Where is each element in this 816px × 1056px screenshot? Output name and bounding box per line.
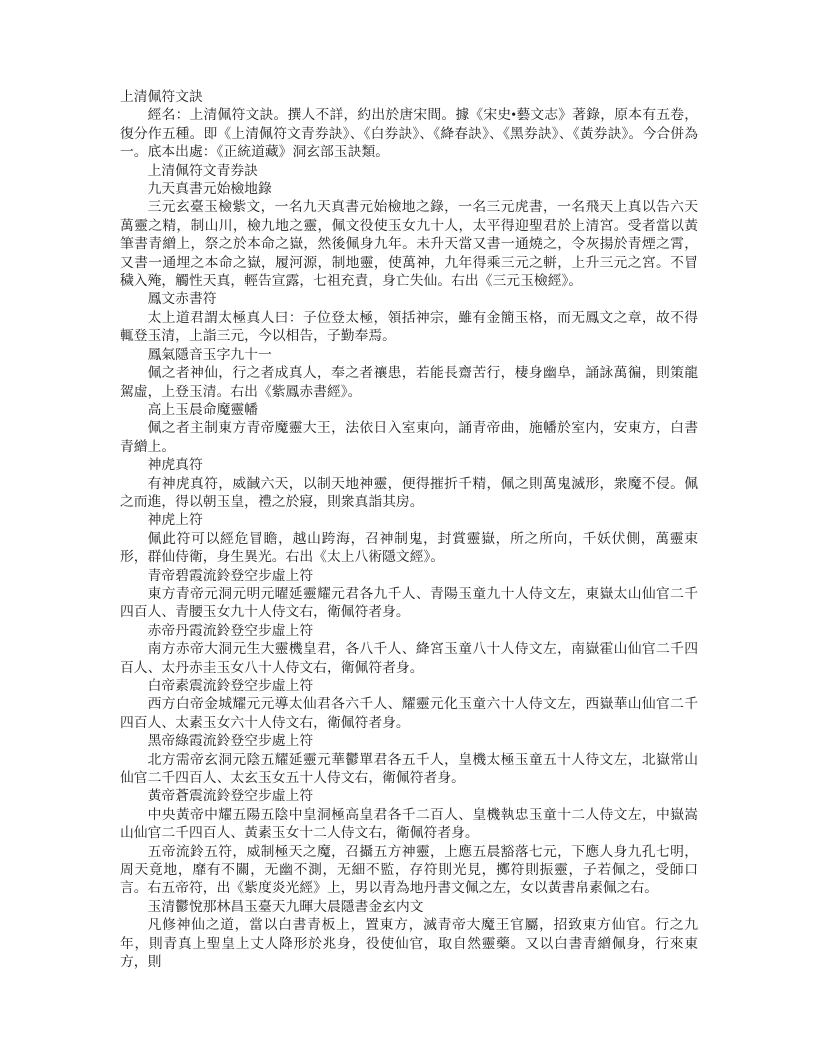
paragraph: 中央黃帝中耀五陽五陰中皇洞極高皇君各千二百人、皇機執忠玉童十二人侍文左，中嶽嵩山…: [120, 806, 698, 843]
section-heading: 白帝素震流鈴登空步虛上符: [120, 677, 698, 695]
paragraph: 有神虎真符，威馘六天，以制天地神靈，便得摧折千精，佩之則萬鬼滅形，衆魔不侵。佩之…: [120, 475, 698, 512]
paragraph: 北方需帝玄洞元陰五耀延靈元華鬱單君各五千人，皇機太極玉童五十人待文左，北嶽常山仙…: [120, 751, 698, 788]
document-title: 上清佩符文訣: [120, 88, 698, 106]
document-content: 上清佩符文訣 經名：上清佩符文訣。撰人不詳，約出於唐宋間。據《宋史•藝文志》著錄…: [120, 88, 698, 972]
section-heading: 青帝碧霞流鈴登空步虛上符: [120, 567, 698, 585]
section-heading: 高上玉晨命魔靈幡: [120, 401, 698, 419]
section-heading: 神虎上符: [120, 511, 698, 529]
paragraph: 西方白帝金城耀元元導太仙君各六千人、耀靈元化玉童六十人侍文左，西嶽華山仙官二千四…: [120, 695, 698, 732]
section-heading: 赤帝丹霞流鈴登空步虛上符: [120, 622, 698, 640]
section-heading: 玉清鬱悅那林昌玉臺天九暉大晨隱書金玄内文: [120, 898, 698, 916]
paragraph: 東方青帝元洞元明元曜延靈耀元君各九千人、青陽玉童九十人侍文左，東嶽太山仙官二千四…: [120, 585, 698, 622]
paragraph: 太上道君謂太極真人曰：子位登太極，領括神宗，雖有金簡玉格，而无鳳文之章，故不得輒…: [120, 309, 698, 346]
paragraph: 佩此符可以經危冒瞻，越山跨海，召神制鬼，封賞靈嶽，所之所向，千妖伏側，萬靈束形，…: [120, 530, 698, 567]
paragraph: 凡修神仙之道，當以白書青板上，置東方，滅青帝大魔王官屬，招致東方仙官。行之九年，…: [120, 916, 698, 971]
paragraph: 佩之者主制東方青帝魔靈大王，法依日入室東向，誦青帝曲，施幡於室内，安東方，白書青…: [120, 419, 698, 456]
section-heading: 鳳氣隱音玉字九十一: [120, 346, 698, 364]
section-heading: 神虎真符: [120, 456, 698, 474]
paragraph: 五帝流鈴五符，威制極天之魔，召攝五方神靈，上應五晨豁落七元，下應人身九孔七明，周…: [120, 843, 698, 898]
paragraph: 三元玄臺玉檢紫文，一名九天真書元始檢地之錄，一名三元虎書，一名飛天上真以告六天萬…: [120, 198, 698, 290]
paragraph: 經名：上清佩符文訣。撰人不詳，約出於唐宋間。據《宋史•藝文志》著錄，原本有五卷，…: [120, 106, 698, 161]
section-heading: 黃帝蒼震流鈴登空步虛上符: [120, 787, 698, 805]
document-body: 經名：上清佩符文訣。撰人不詳，約出於唐宋間。據《宋史•藝文志》著錄，原本有五卷，…: [120, 106, 698, 971]
section-heading: 九天真書元始檢地錄: [120, 180, 698, 198]
paragraph: 南方赤帝大洞元生大靈機皇君，各八千人、絳宮玉童八十人侍文左，南嶽霍山仙官二千四百…: [120, 640, 698, 677]
section-heading: 黑帝綠霞流鈴登空步處上符: [120, 732, 698, 750]
section-heading: 上清佩符文青券訣: [120, 162, 698, 180]
section-heading: 鳳文赤書符: [120, 290, 698, 308]
paragraph: 佩之者神仙，行之者成真人，奉之者禳患，若能長齋苦行，棲身幽阜，誦詠萬徧，則策龍駕…: [120, 364, 698, 401]
